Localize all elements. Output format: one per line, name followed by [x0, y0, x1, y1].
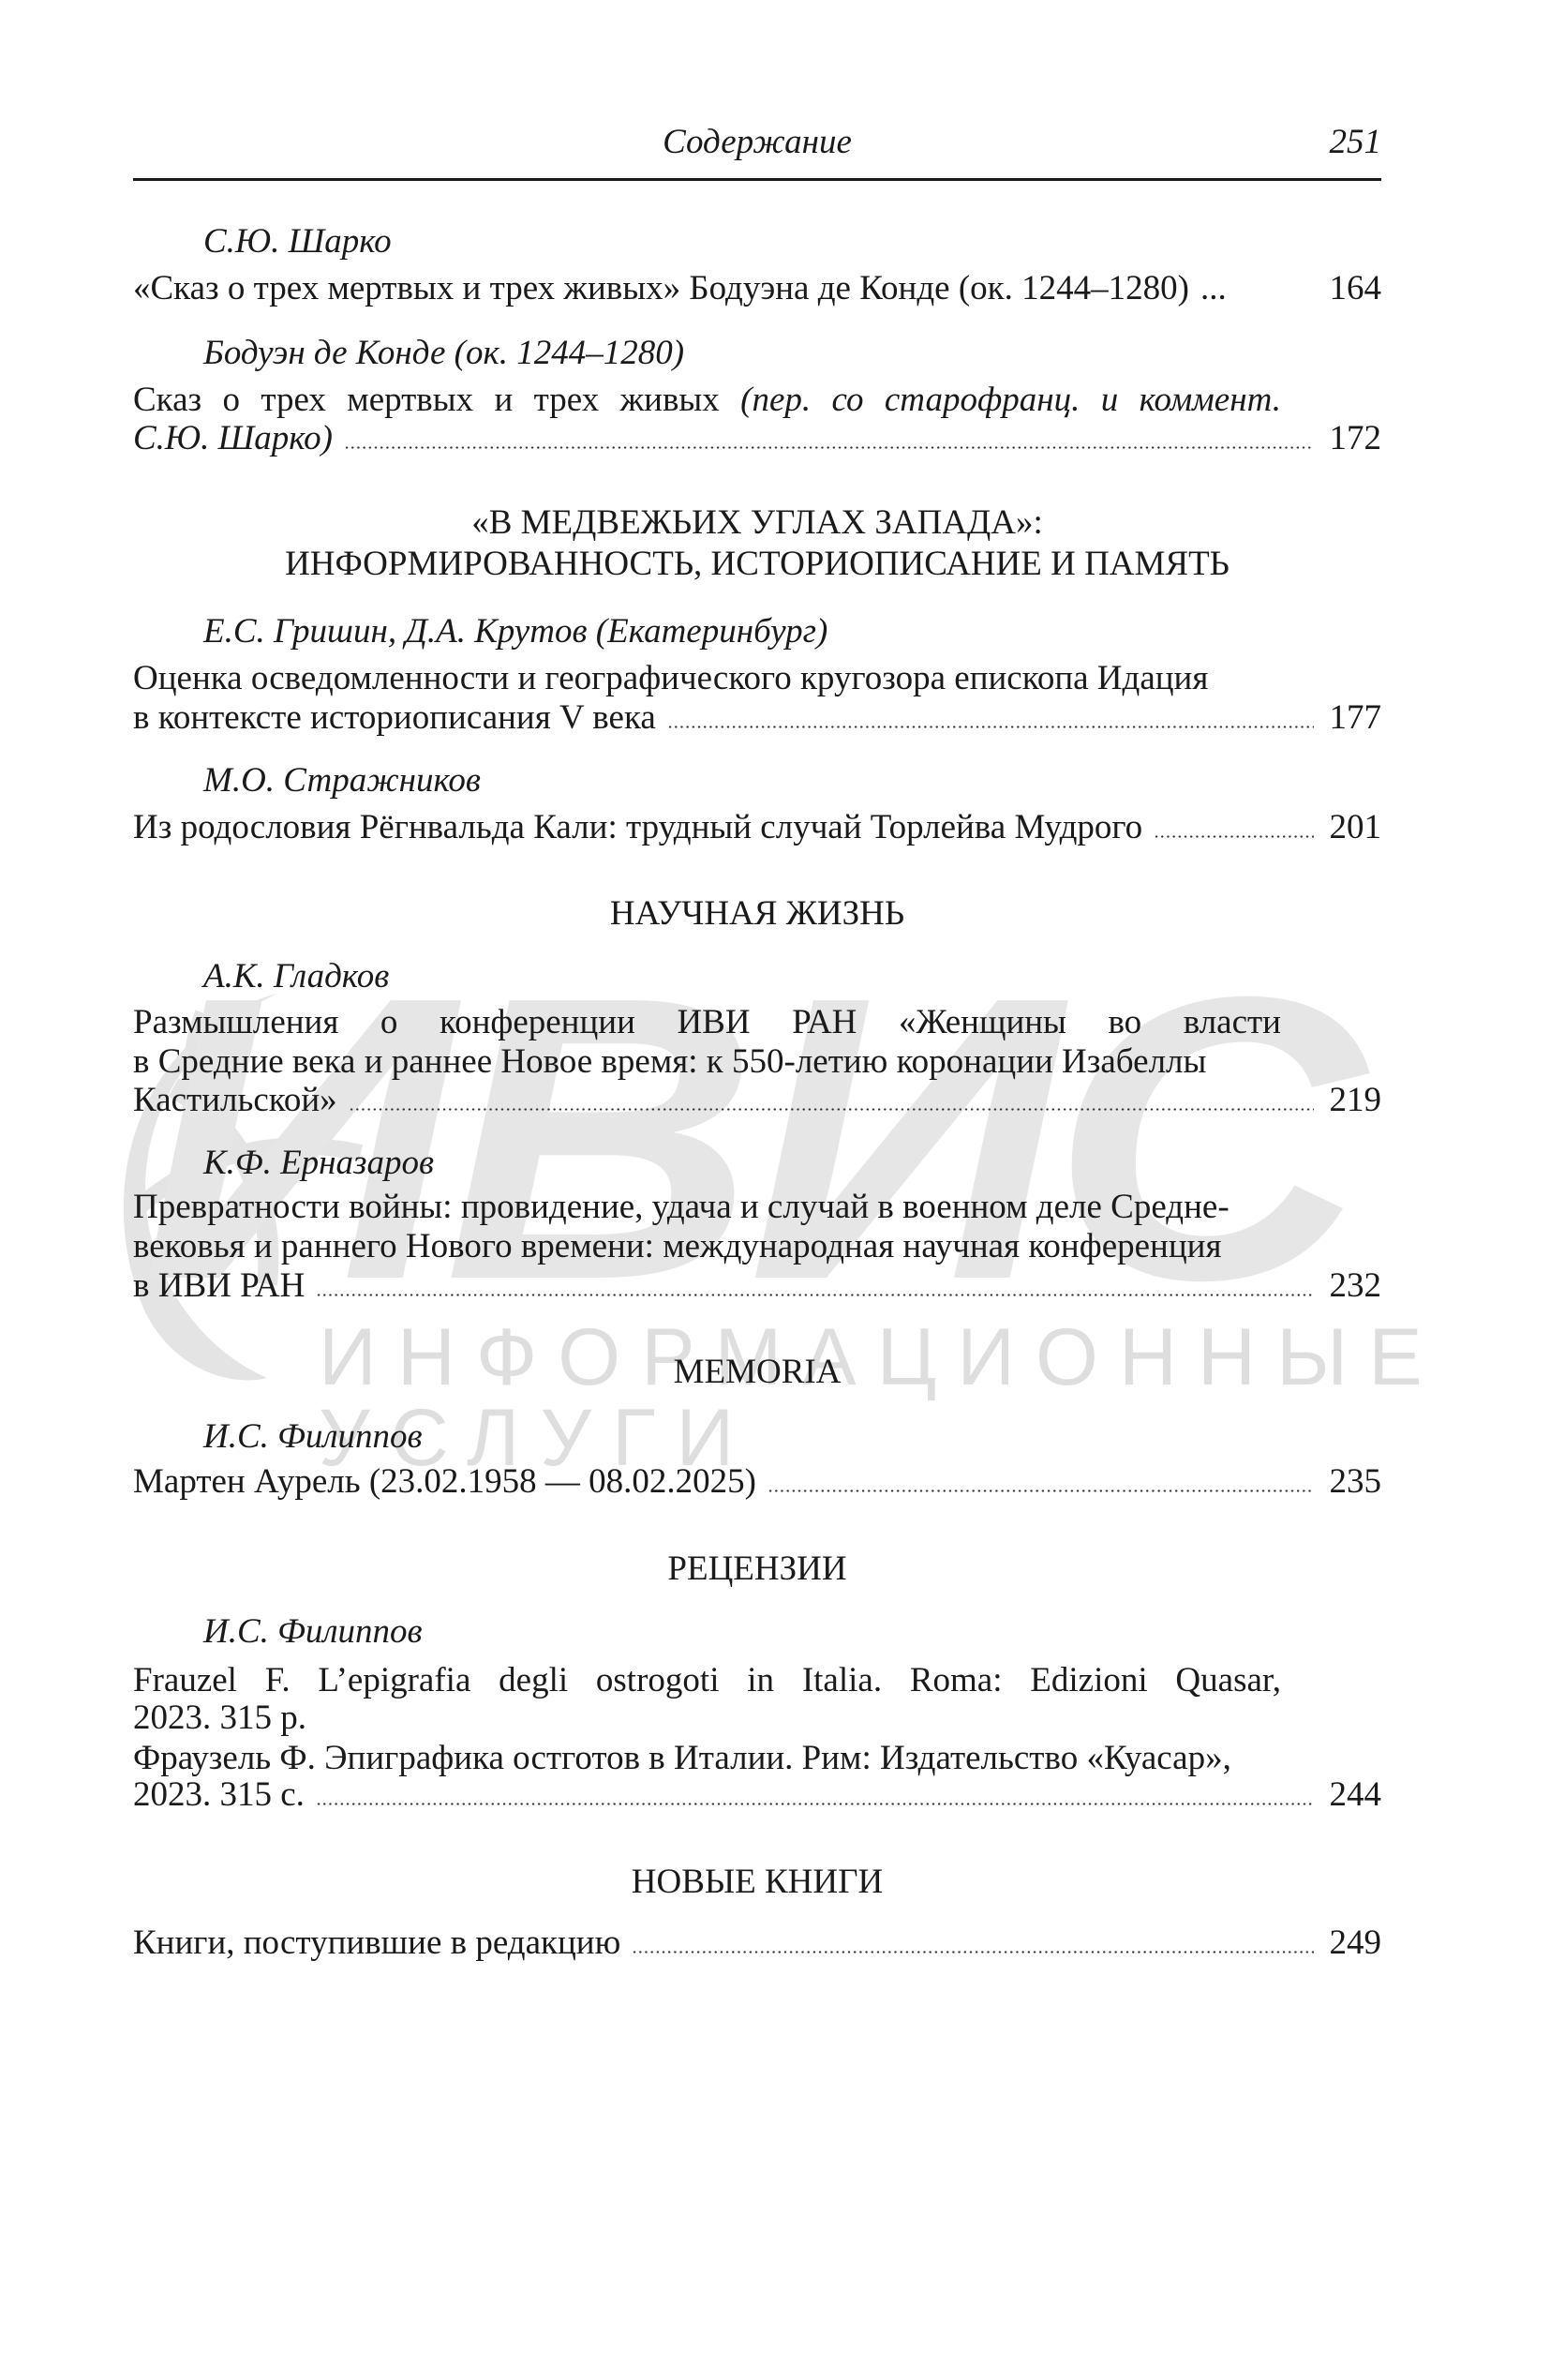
toc-page-number: 177: [1327, 697, 1381, 739]
toc-entry-title: в ИВИ РАН: [133, 1265, 305, 1307]
toc-entry[interactable]: Оценка осведомленности и географического…: [133, 658, 1381, 699]
toc-entry-continued[interactable]: Кастильской» 219: [133, 1080, 1381, 1121]
running-head: Содержание 251: [133, 122, 1381, 169]
section-heading-line2: ИНФОРМИРОВАННОСТЬ, ИСТОРИОПИСАНИЕ И ПАМЯ…: [133, 544, 1381, 585]
section-heading: РЕЦЕНЗИИ: [133, 1549, 1381, 1590]
toc-entry-continued[interactable]: в Средние века и раннее Новое время: к 5…: [133, 1041, 1381, 1083]
section-heading: MEMORIA: [133, 1352, 1381, 1393]
toc-entry[interactable]: «Сказ о трех мертвых и трех живых» Бодуэ…: [133, 268, 1381, 309]
toc-entry[interactable]: Книги, поступившие в редакцию 249: [133, 1923, 1381, 1964]
toc-author: И.С. Филиппов: [203, 1416, 423, 1458]
toc-entry-continued[interactable]: С.Ю. Шарко) 172: [133, 418, 1381, 459]
toc-entry[interactable]: Сказ о трех мертвых и трех живых (пер. с…: [133, 380, 1381, 421]
toc-leader: [349, 1101, 1314, 1111]
toc-entry-title-line: в Средние века и раннее Новое время: к 5…: [133, 1042, 1206, 1081]
page-number: 251: [1330, 122, 1382, 162]
toc-author: С.Ю. Шарко: [203, 221, 392, 262]
toc-author: М.О. Стражников: [203, 760, 481, 801]
toc-leader: [1154, 829, 1314, 838]
toc-entry[interactable]: Превратности войны: провидение, удача и …: [133, 1187, 1381, 1228]
header-rule: [133, 178, 1381, 181]
toc-author: И.С. Филиппов: [203, 1611, 423, 1653]
toc-entry-title-line: вековья и раннего Нового времени: междун…: [133, 1227, 1221, 1265]
toc-entry-continued[interactable]: 2023. 315 с. 244: [133, 1774, 1381, 1816]
toc-leader: [768, 1483, 1314, 1492]
toc-page-number: 235: [1327, 1461, 1381, 1503]
toc-entry-title-line: Размышления о конференции ИВИ РАН «Женщи…: [133, 1002, 1281, 1043]
toc-entry[interactable]: Из родословия Рёгнвальда Кали: трудный с…: [133, 807, 1381, 848]
toc-page-number: 244: [1327, 1774, 1381, 1816]
toc-page-number: 201: [1327, 807, 1381, 848]
toc-entry-title-line: Оценка осведомленности и географического…: [133, 659, 1208, 697]
section-heading: НОВЫЕ КНИГИ: [133, 1862, 1381, 1903]
toc-entry-title-line: Фраузель Ф. Эпиграфика остготов в Италии…: [133, 1739, 1231, 1777]
toc-author: К.Ф. Ерназаров: [203, 1143, 434, 1184]
toc-page-number: 232: [1327, 1265, 1381, 1307]
section-heading: «В МЕДВЕЖЬИХ УГЛАХ ЗАПАДА»:: [133, 502, 1381, 544]
toc-entry-continued[interactable]: в ИВИ РАН 232: [133, 1265, 1381, 1307]
toc-author: Бодуэн де Конде (ок. 1244–1280): [203, 333, 684, 374]
toc-entry-title: С.Ю. Шарко): [133, 418, 333, 459]
running-title: Содержание: [133, 122, 1381, 162]
toc-entry-title: в контексте историописания V века: [133, 697, 656, 739]
toc-entry-title-line: Сказ о трех мертвых и трех живых (пер. с…: [133, 380, 1281, 421]
toc-entry-continued[interactable]: Фраузель Ф. Эпиграфика остготов в Италии…: [133, 1738, 1381, 1779]
toc-entry-continued[interactable]: вековья и раннего Нового времени: междун…: [133, 1226, 1381, 1267]
toc-page-number: 219: [1327, 1080, 1381, 1121]
ivis-tagline-watermark: ИНФОРМАЦИОННЫЕ УСЛУГИ: [319, 1317, 1550, 1478]
toc-entry-title-line: Превратности войны: провидение, удача и …: [133, 1188, 1230, 1226]
toc-entry-continued[interactable]: в контексте историописания V века 177: [133, 697, 1381, 739]
toc-entry-title: Мартен Аурель (23.02.1958 — 08.02.2025): [133, 1461, 756, 1503]
toc-entry-title: Книги, поступившие в редакцию: [133, 1923, 620, 1964]
toc-entry[interactable]: Frauzel F. L’epigrafia degli ostrogoti i…: [133, 1660, 1381, 1701]
toc-entry-title-line: Frauzel F. L’epigrafia degli ostrogoti i…: [133, 1660, 1281, 1701]
toc-page: ИВИС ИНФОРМАЦИОННЫЕ УСЛУГИ Содержание 25…: [0, 0, 1550, 2380]
toc-leader: [632, 1944, 1314, 1953]
section-heading: НАУЧНАЯ ЖИЗНЬ: [133, 893, 1381, 935]
toc-entry[interactable]: Размышления о конференции ИВИ РАН «Женщи…: [133, 1002, 1381, 1043]
toc-entry-continued[interactable]: 2023. 315 p.: [133, 1698, 1381, 1739]
toc-leader: [667, 719, 1314, 728]
toc-entry-title: 2023. 315 с.: [133, 1774, 305, 1816]
toc-leader: [344, 440, 1314, 449]
toc-leader: [316, 1796, 1314, 1805]
toc-entry-title-line: 2023. 315 p.: [133, 1699, 306, 1737]
toc-page-number: 172: [1327, 418, 1381, 459]
toc-entry-title: Из родословия Рёгнвальда Кали: трудный с…: [133, 807, 1142, 848]
toc-leader: [316, 1287, 1314, 1296]
toc-author: А.К. Гладков: [203, 956, 389, 997]
toc-entry-title: Кастильской»: [133, 1080, 337, 1121]
toc-page-number: 164: [1327, 268, 1381, 309]
toc-entry[interactable]: Мартен Аурель (23.02.1958 — 08.02.2025) …: [133, 1461, 1381, 1503]
toc-leader: ...: [1200, 268, 1227, 309]
toc-author: Е.С. Гришин, Д.А. Крутов (Екатеринбург): [203, 611, 827, 652]
toc-entry-title: «Сказ о трех мертвых и трех живых» Бодуэ…: [133, 268, 1189, 309]
toc-page-number: 249: [1327, 1923, 1381, 1964]
